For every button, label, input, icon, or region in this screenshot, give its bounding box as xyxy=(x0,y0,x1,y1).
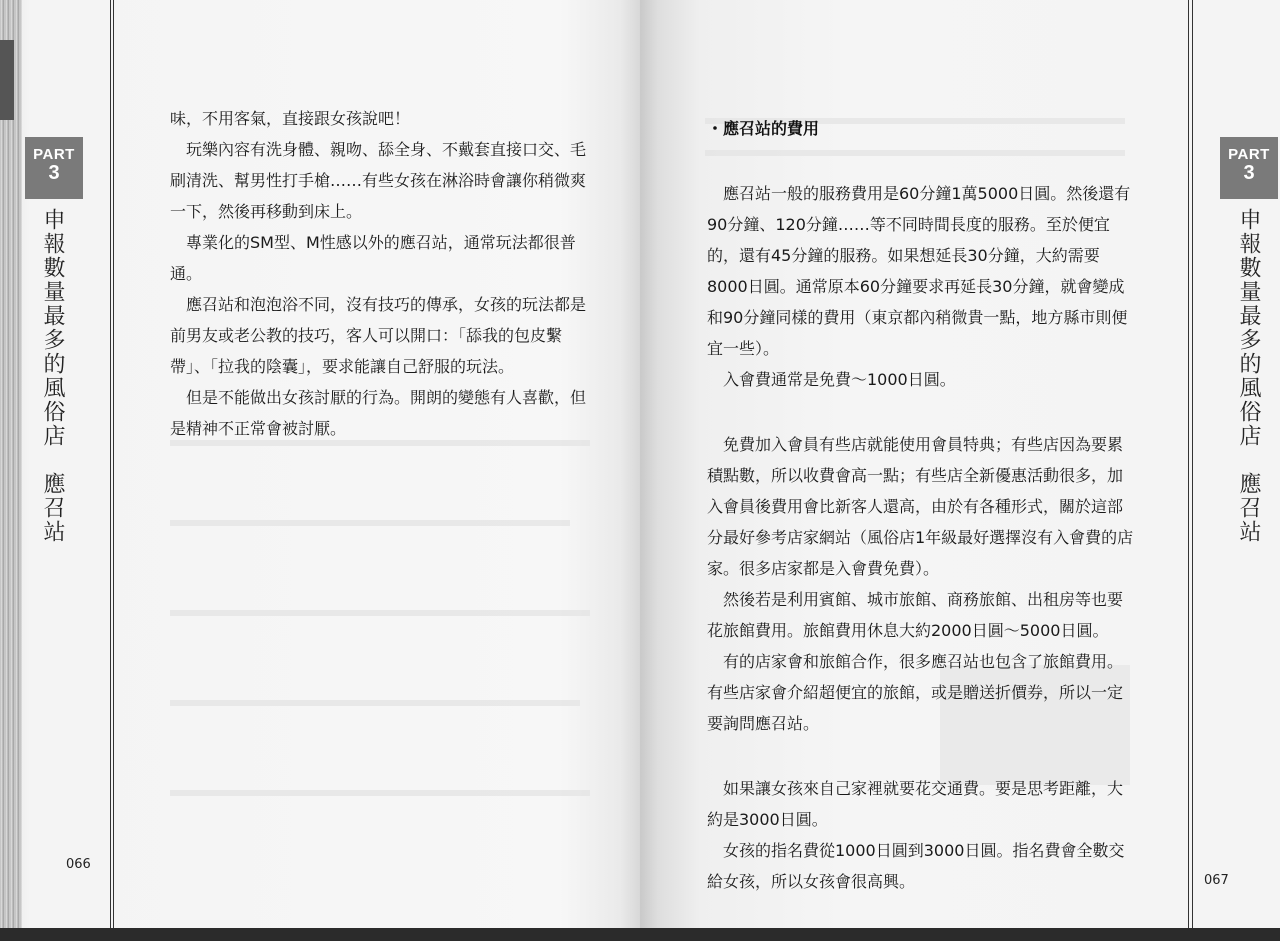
bleed-through xyxy=(170,700,580,706)
paragraph: 專業化的SM型、M性感以外的應召站，通常玩法都很普通。 xyxy=(170,227,598,289)
part-tab: PART 3 xyxy=(1220,137,1278,199)
book-spread: PART 3 申報數量最多的風俗店 應召站 味，不用客氣，直接跟女孩說吧！ 玩樂… xyxy=(0,0,1280,928)
paragraph: 玩樂內容有洗身體、親吻、舔全身、不戴套直接口交、毛刷清洗、幫男性打手槍……有些女… xyxy=(170,134,598,227)
paragraph: 味，不用客氣，直接跟女孩說吧！ xyxy=(170,103,598,134)
margin-rule xyxy=(1192,0,1193,928)
part-tab: PART 3 xyxy=(25,137,83,199)
page-edge-shadow xyxy=(0,40,14,120)
paragraph: 然後若是利用賓館、城市旅館、商務旅館、出租房等也要花旅館費用。旅館費用休息大約2… xyxy=(707,584,1137,646)
paragraph: 應召站一般的服務費用是60分鐘1萬5000日圓。然後還有90分鐘、120分鐘……… xyxy=(707,178,1137,364)
paragraph: 女孩的指名費從1000日圓到3000日圓。指名費會全數交給女孩，所以女孩會很高興… xyxy=(707,835,1137,897)
paragraph: 但是不能做出女孩討厭的行為。開朗的變態有人喜歡，但是精神不正常會被討厭。 xyxy=(170,382,598,444)
bleed-through xyxy=(170,610,590,616)
spacer xyxy=(707,739,1137,773)
page-number: 066 xyxy=(66,857,91,872)
right-page: PART 3 申報數量最多的風俗店 應召站 ・應召站的費用 應召站一般的服務費用… xyxy=(640,0,1280,928)
paragraph: 免費加入會員有些店就能使用會員特典；有些店因為要累積點數，所以收費會高一點；有些… xyxy=(707,429,1137,584)
right-body: ・應召站的費用 應召站一般的服務費用是60分鐘1萬5000日圓。然後還有90分鐘… xyxy=(707,113,1137,897)
margin-rule xyxy=(110,0,111,928)
part-label: PART xyxy=(1220,137,1278,163)
paragraph: 如果讓女孩來自己家裡就要花交通費。要是思考距離，大約是3000日圓。 xyxy=(707,773,1137,835)
margin-rule xyxy=(1188,0,1189,928)
left-body: 味，不用客氣，直接跟女孩說吧！ 玩樂內容有洗身體、親吻、舔全身、不戴套直接口交、… xyxy=(170,103,598,444)
left-page: PART 3 申報數量最多的風俗店 應召站 味，不用客氣，直接跟女孩說吧！ 玩樂… xyxy=(0,0,640,928)
page-number: 067 xyxy=(1204,873,1229,888)
scanner-edge xyxy=(0,928,1280,941)
margin-rule xyxy=(113,0,114,928)
paragraph: 有的店家會和旅館合作，很多應召站也包含了旅館費用。有些店家會介紹超便宜的旅館，或… xyxy=(707,646,1137,739)
chapter-title: 申報數量最多的風俗店 應召站 xyxy=(1236,208,1260,544)
part-number: 3 xyxy=(1220,163,1278,183)
part-label: PART xyxy=(25,137,83,163)
part-number: 3 xyxy=(25,163,83,183)
paragraph: 應召站和泡泡浴不同，沒有技巧的傳承，女孩的玩法都是前男友或老公教的技巧，客人可以… xyxy=(170,289,598,382)
chapter-title: 申報數量最多的風俗店 應召站 xyxy=(40,208,64,544)
bleed-through xyxy=(170,790,590,796)
page-edge-stack xyxy=(0,0,22,928)
spacer xyxy=(707,395,1137,429)
spacer xyxy=(707,144,1137,178)
bleed-through xyxy=(170,520,570,526)
section-heading: ・應召站的費用 xyxy=(707,113,1137,144)
paragraph: 入會費通常是免費～1000日圓。 xyxy=(707,364,1137,395)
